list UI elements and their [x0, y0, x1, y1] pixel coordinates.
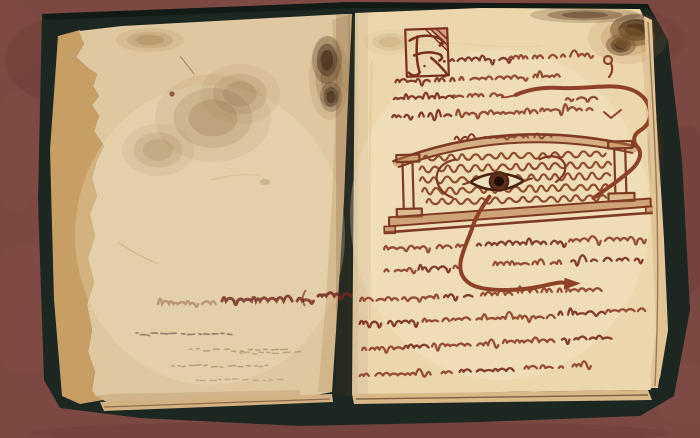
gutter-shadow	[336, 13, 368, 396]
burn-stain	[143, 139, 173, 161]
burn-stain	[611, 27, 645, 49]
photograph-of-open-grimoire	[0, 0, 700, 438]
burn-stain	[379, 37, 401, 48]
burn-stain	[326, 91, 335, 104]
burn-stain	[136, 35, 165, 45]
burn-stain	[223, 81, 257, 106]
base-foot-left	[384, 226, 395, 233]
burn-stain	[562, 12, 608, 19]
burn-stain	[321, 50, 334, 70]
